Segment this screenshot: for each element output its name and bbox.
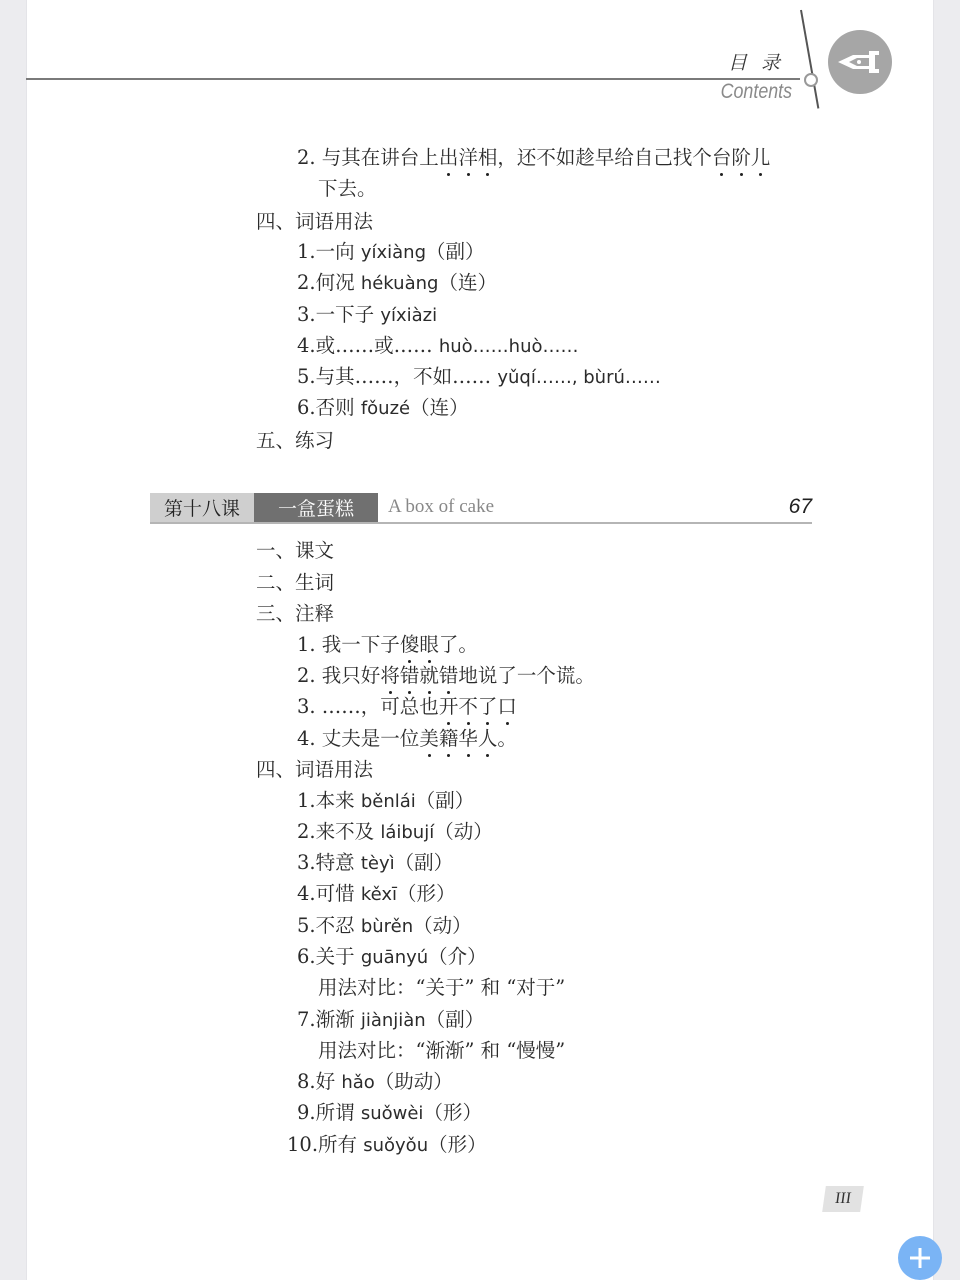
section-heading[interactable]: 一、课文 <box>256 541 334 561</box>
note-item[interactable]: 4. 丈夫是一位美籍华人。 <box>297 729 517 749</box>
usage-item[interactable]: 8.好 hǎo（助动） <box>297 1072 453 1092</box>
note-item[interactable]: 1. 我一下子傻眼了。 <box>297 635 478 655</box>
usage-item[interactable]: 2.何况 hékuàng（连） <box>297 273 497 293</box>
header-rule <box>26 78 800 80</box>
usage-item[interactable]: 7.渐渐 jiànjiàn（副） <box>297 1010 484 1030</box>
note-item-continuation: 下去。 <box>318 179 377 199</box>
usage-item[interactable]: 5.不忍 bùrěn（动） <box>297 916 472 936</box>
lesson-number: 第十八课 <box>150 493 254 522</box>
usage-comparison[interactable]: 用法对比：“关于” 和 “对于” <box>318 978 565 998</box>
section-heading[interactable]: 二、生词 <box>256 573 334 593</box>
lesson-title-en: A box of cake <box>388 496 494 518</box>
note-item[interactable]: 2. 我只好将错就错地说了一个谎。 <box>297 666 595 686</box>
usage-item[interactable]: 6.否则 fǒuzé（连） <box>297 398 469 418</box>
header-title-cn: 目录 <box>728 48 794 75</box>
left-margin-strip <box>0 0 27 1280</box>
header-title-en: Contents <box>721 80 792 104</box>
section-heading[interactable]: 五、练习 <box>256 431 334 451</box>
section-heading[interactable]: 四、词语用法 <box>256 760 373 780</box>
usage-item[interactable]: 4.可惜 kěxī（形） <box>297 884 456 904</box>
usage-item[interactable]: 4.或……或…… huò……huò…… <box>297 336 579 356</box>
usage-item[interactable]: 2.来不及 láibují（动） <box>297 822 493 842</box>
note-item[interactable]: 2. 与其在讲台上出洋相，还不如趁早给自己找个台阶儿 <box>297 148 770 168</box>
add-button[interactable] <box>898 1236 942 1280</box>
usage-item[interactable]: 9.所谓 suǒwèi（形） <box>297 1103 482 1123</box>
usage-item[interactable]: 10.所有 suǒyǒu（形） <box>287 1135 487 1155</box>
note-item[interactable]: 3. ……，可总也开不了口 <box>297 697 517 717</box>
usage-item[interactable]: 3.一下子 yíxiàzi <box>297 305 437 325</box>
lesson-header-bar[interactable]: 第十八课 一盒蛋糕 A box of cake 67 <box>150 493 812 524</box>
section-heading[interactable]: 三、注释 <box>256 604 334 624</box>
usage-item[interactable]: 6.关于 guānyú（介） <box>297 947 487 967</box>
plus-icon <box>908 1246 932 1270</box>
lesson-title-cn: 一盒蛋糕 <box>254 493 378 522</box>
pen-nib-icon <box>828 30 892 94</box>
page-number-roman: III <box>822 1186 864 1212</box>
usage-item[interactable]: 1.一向 yíxiàng（副） <box>297 242 485 262</box>
usage-comparison[interactable]: 用法对比：“渐渐” 和 “慢慢” <box>318 1041 565 1061</box>
header-ring <box>804 73 818 87</box>
section-heading[interactable]: 四、词语用法 <box>256 212 373 232</box>
right-margin-strip <box>933 0 960 1280</box>
usage-item[interactable]: 3.特意 tèyì（副） <box>297 853 453 873</box>
header-divider <box>800 10 819 109</box>
usage-item[interactable]: 1.本来 běnlái（副） <box>297 791 474 811</box>
lesson-page-number: 67 <box>789 495 812 519</box>
usage-item[interactable]: 5.与其……，不如…… yǔqí……, bùrú…… <box>297 367 661 387</box>
